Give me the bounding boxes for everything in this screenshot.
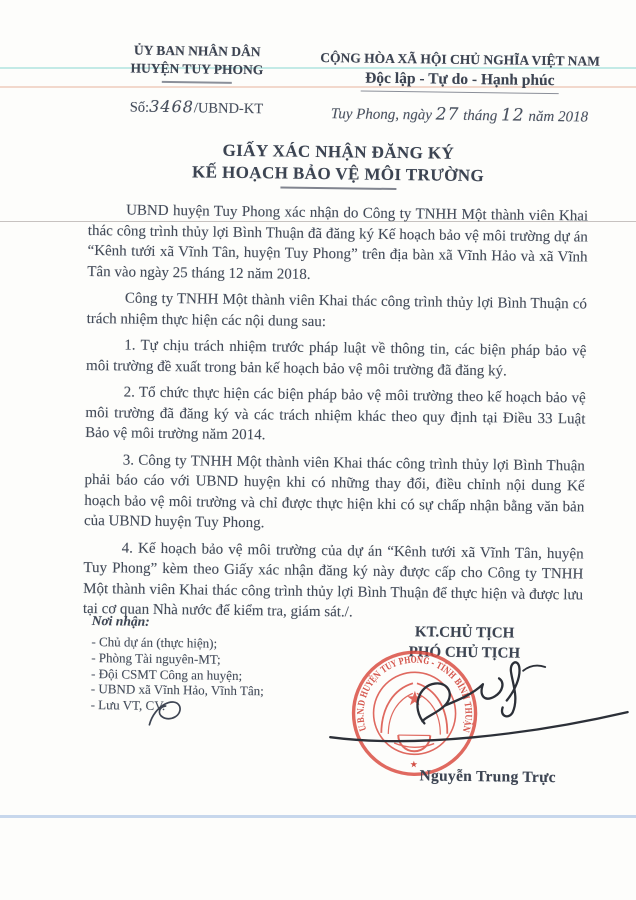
date-pre: Tuy Phong, ngày: [331, 106, 432, 123]
national-motto-line1: CỘNG HÒA XÃ HỘI CHỦ NGHĨA VIỆT NAM: [305, 48, 615, 71]
document-number: Số:3468/UBND-KT: [96, 96, 296, 119]
recipient-item: - Lưu VT, CV.: [91, 697, 321, 716]
date-month-handwritten: 12: [501, 105, 525, 125]
body-paragraph: 2. Tổ chức thực hiện các biện pháp bảo v…: [85, 382, 586, 450]
document-body: UBND huyện Tuy Phong xác nhận do Công ty…: [83, 200, 589, 632]
date-mid: tháng: [463, 108, 497, 124]
body-paragraph: Công ty TNHH Một thành viên Khai thác cô…: [87, 288, 587, 336]
org-name-line2: HUYỆN TUY PHONG: [97, 59, 297, 80]
national-motto-line2: Độc lập - Tự do - Hạnh phúc: [361, 68, 559, 95]
signature-loop-icon: [417, 683, 450, 724]
body-paragraph: 3. Công ty TNHH Một thành viên Khai thác…: [84, 449, 585, 538]
doc-no-handwritten: 3468: [149, 96, 194, 116]
recipients-heading: Nơi nhận:: [92, 613, 322, 632]
doc-no-suffix: /UBND-KT: [194, 100, 263, 117]
signature-underline-stroke-icon: [330, 708, 627, 744]
body-paragraph: 1. Tự chịu trách nhiệm trước pháp luật v…: [86, 335, 586, 383]
issue-date: Tuy Phong, ngày 27 tháng 12 năm 2018: [304, 103, 614, 127]
scanned-document-page: ỦY BAN NHÂN DÂN HUYỆN TUY PHONG Số:3468/…: [0, 0, 636, 900]
national-header-block: CỘNG HÒA XÃ HỘI CHỦ NGHĨA VIỆT NAM Độc l…: [304, 48, 615, 127]
signature-ink: [324, 652, 633, 766]
recipients-block: Nơi nhận: - Chủ dự án (thực hiện); - Phò…: [91, 613, 322, 716]
document-title: GIẤY XÁC NHẬN ĐĂNG KÝ KẾ HOẠCH BẢO VỆ MÔ…: [88, 138, 588, 192]
signer-name: Nguyễn Trung Trực: [368, 767, 608, 788]
handwritten-flourish-icon: [144, 695, 190, 732]
org-underline: [162, 81, 232, 83]
date-post: năm 2018: [528, 109, 588, 126]
body-paragraph: UBND huyện Tuy Phong xác nhận do Công ty…: [87, 200, 588, 289]
date-day-handwritten: 27: [436, 105, 460, 125]
body-paragraph: 4. Kế hoạch bảo vệ môi trường của dự án …: [83, 537, 584, 626]
title-underline: [280, 186, 396, 189]
document-content: ỦY BAN NHÂN DÂN HUYỆN TUY PHONG Số:3468/…: [0, 0, 636, 900]
doc-no-prefix: Số:: [130, 99, 150, 115]
issuing-org-block: ỦY BAN NHÂN DÂN HUYỆN TUY PHONG Số:3468/…: [96, 41, 297, 118]
